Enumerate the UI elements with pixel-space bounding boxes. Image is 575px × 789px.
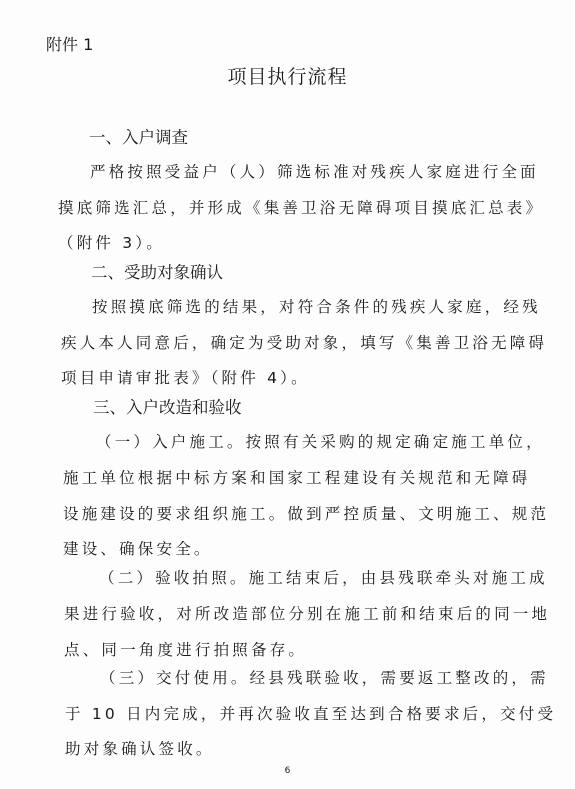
section-heading-2: 二、受助对象确认 xyxy=(91,259,223,283)
paragraph-line: 点、同一角度进行拍照备存。 xyxy=(64,638,307,660)
page-number: 6 xyxy=(0,766,575,776)
paragraph-line: 助对象确认签收。 xyxy=(65,737,215,759)
paragraph-line: 果进行验收，对所改造部位分别在施工前和结束后的同一地 xyxy=(64,602,550,624)
paragraph-line: （附件 3）。 xyxy=(58,231,165,253)
paragraph-line: 项目申请审批表》（附件 4）。 xyxy=(61,366,310,388)
paragraph-line: 建设、确保安全。 xyxy=(63,537,213,559)
paragraph-line: 设施建设的要求组织施工。做到严控质量、文明施工、规范 xyxy=(63,502,549,524)
section-heading-3: 三、入户改造和验收 xyxy=(93,394,242,418)
section-heading-1: 一、入户调查 xyxy=(89,124,188,148)
paragraph-line: 于 10 日内完成，并再次验收直至达到合格要求后，交付受 xyxy=(65,702,556,724)
paragraph-line: （一）入户施工。按照有关采购的规定确定施工单位， xyxy=(96,430,545,452)
attachment-label: 附件 1 xyxy=(46,32,93,55)
paragraph-line: 摸底筛选汇总，并形成《集善卫浴无障碍项目摸底汇总表》 xyxy=(58,196,544,218)
document-title: 项目执行流程 xyxy=(0,62,575,89)
paragraph-line: （二）验收拍照。施工结束后，由县残联牵头对施工成 xyxy=(99,566,548,588)
paragraph-line: （三）交付使用。经县残联验收，需要返工整改的，需 xyxy=(100,666,549,688)
paragraph-line: 按照摸底筛选的结果，对符合条件的残疾人家庭，经残 xyxy=(92,295,541,317)
paragraph-line: 施工单位根据中标方案和国家工程建设有关规范和无障碍 xyxy=(63,466,531,488)
paragraph-line: 疾人本人同意后，确定为受助对象，填写《集善卫浴无障碍 xyxy=(61,331,547,353)
paragraph-line: 严格按照受益户（人）筛选标准对残疾人家庭进行全面 xyxy=(90,160,539,182)
